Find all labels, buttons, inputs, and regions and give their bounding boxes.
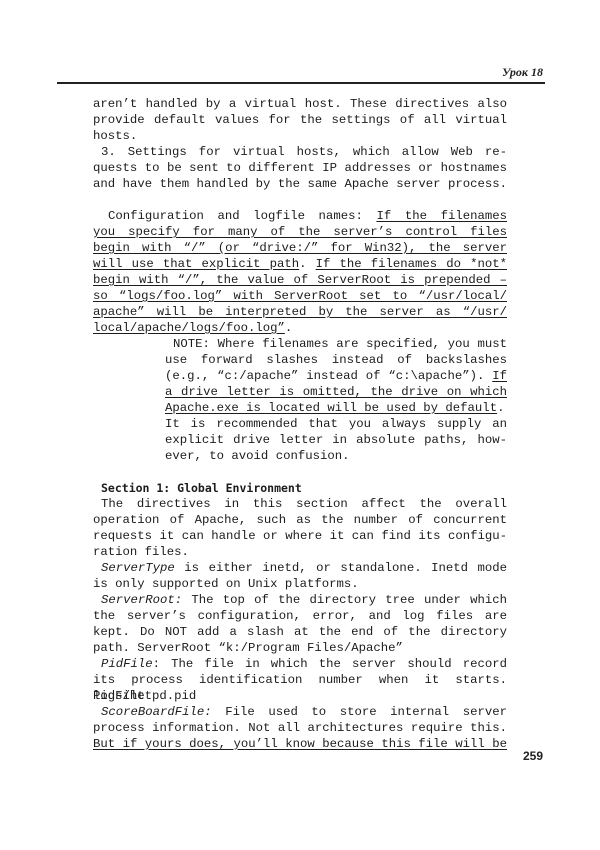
text-line: ServerType is either inetd, or standalon… xyxy=(93,560,507,576)
text-line: Apache.exe is located will be used by de… xyxy=(165,400,507,416)
text-line: Configuration and logfile names: If the … xyxy=(93,208,507,224)
text-line: process information. Not all architectur… xyxy=(93,720,507,736)
underlined-text: Apache.exe is located will be used by de… xyxy=(165,401,497,415)
text-line: The directives in this section affect th… xyxy=(93,496,507,512)
text-line: requests it can handle or where it can f… xyxy=(93,528,507,544)
underlined-text: apache” will be interpreted by the serve… xyxy=(93,304,507,320)
text-line: 3. Settings for virtual hosts, which all… xyxy=(93,144,507,160)
text-line: provide default values for the settings … xyxy=(93,112,507,128)
note-block: NOTE: Where filenames are specified, you… xyxy=(165,336,507,464)
text-line: explicit drive letter in absolute paths,… xyxy=(165,432,507,448)
text-line: ServerRoot: The top of the directory tre… xyxy=(93,592,507,608)
text-line: quests to be sent to different IP addres… xyxy=(93,160,507,176)
text-line: operation of Apache, such as the number … xyxy=(93,512,507,528)
paragraph-servertype: ServerType is either inetd, or standalon… xyxy=(93,560,507,592)
text-line: path. ServerRoot “k:/Program Files/Apach… xyxy=(93,640,507,656)
text-span: (e.g., “c:/apache” instead of “c:\apache… xyxy=(165,369,492,383)
text-line: logs/httpd.pid xyxy=(93,688,507,704)
section-heading: Section 1: Global Environment xyxy=(93,480,507,496)
page-number: 259 xyxy=(523,749,543,763)
text-line: (e.g., “c:/apache” instead of “c:\apache… xyxy=(165,368,507,384)
paragraph-config-names: Configuration and logfile names: If the … xyxy=(93,208,507,336)
directive-term: ServerType xyxy=(101,561,175,575)
text-line: NOTE: Where filenames are specified, you… xyxy=(165,336,507,352)
running-header: Урок 18 xyxy=(57,60,545,84)
text-line: use forward slashes instead of backslash… xyxy=(165,352,507,368)
text-line: will use that explicit path. If the file… xyxy=(93,256,507,272)
underlined-text: If xyxy=(492,369,507,383)
text-line: hosts. xyxy=(93,128,507,144)
text-line: ever, to avoid confusion. xyxy=(165,448,507,464)
text-span: Configuration and logfile names: xyxy=(108,209,376,223)
chapter-title: Урок 18 xyxy=(502,65,543,80)
text-span: . xyxy=(497,401,504,415)
text-line: the server’s configuration, error, and l… xyxy=(93,608,507,624)
book-page: Урок 18 aren’t handled by a virtual host… xyxy=(0,0,600,850)
text-line: aren’t handled by a virtual host. These … xyxy=(93,96,507,112)
underlined-text: you specify for many of the server’s con… xyxy=(93,224,507,240)
text-line: kept. Do NOT add a slash at the end of t… xyxy=(93,624,507,640)
underlined-text: will use that explicit path xyxy=(93,257,299,271)
paragraph-scoreboard: ScoreBoardFile: File used to store inter… xyxy=(93,704,507,752)
text-span: is either inetd, or standalone. Inetd mo… xyxy=(175,561,507,575)
text-line: and have them handled by the same Apache… xyxy=(93,176,507,192)
paragraph-pidfile: PidFile: The file in which the server sh… xyxy=(93,656,507,704)
text-span: File used to store internal server xyxy=(212,705,507,719)
underlined-text: a drive letter is omitted, the drive on … xyxy=(165,384,507,400)
paragraph-item-3: 3. Settings for virtual hosts, which all… xyxy=(93,144,507,192)
underlined-text: If the filenames do *not* xyxy=(316,257,507,271)
text-line: ScoreBoardFile: File used to store inter… xyxy=(93,704,507,720)
text-line: is only supported on Unix platforms. xyxy=(93,576,507,592)
text-line: ration files. xyxy=(93,544,507,560)
underlined-text: If the filenames xyxy=(376,209,507,223)
paragraph-serverroot: ServerRoot: The top of the directory tre… xyxy=(93,592,507,656)
text-span: The top of the directory tree under whic… xyxy=(182,593,507,607)
underlined-text: begin with “/”, the value of ServerRoot … xyxy=(93,272,507,288)
text-line: its process identification number when i… xyxy=(93,672,507,688)
text-span: . xyxy=(285,321,292,335)
paragraph-intro: aren’t handled by a virtual host. These … xyxy=(93,96,507,144)
underlined-text: begin with “/” (or “drive:/” for Win32),… xyxy=(93,240,507,256)
directive-term: PidFile xyxy=(101,657,153,671)
underlined-text: so “logs/foo.log” with ServerRoot set to… xyxy=(93,288,507,304)
text-line: PidFile: The file in which the server sh… xyxy=(93,656,507,672)
text-span: . xyxy=(299,257,315,271)
text-line: local/apache/logs/foo.log”. xyxy=(93,320,507,336)
text-span: : The file in which the server should re… xyxy=(153,657,507,671)
directive-term: ServerRoot: xyxy=(101,593,182,607)
page-body: aren’t handled by a virtual host. These … xyxy=(93,96,507,752)
text-line: It is recommended that you always supply… xyxy=(165,416,507,432)
underlined-text: But if yours does, you’ll know because t… xyxy=(93,736,507,752)
directive-term: ScoreBoardFile: xyxy=(101,705,212,719)
underlined-text: local/apache/logs/foo.log” xyxy=(93,321,285,335)
section-1: Section 1: Global Environment The direct… xyxy=(93,480,507,560)
